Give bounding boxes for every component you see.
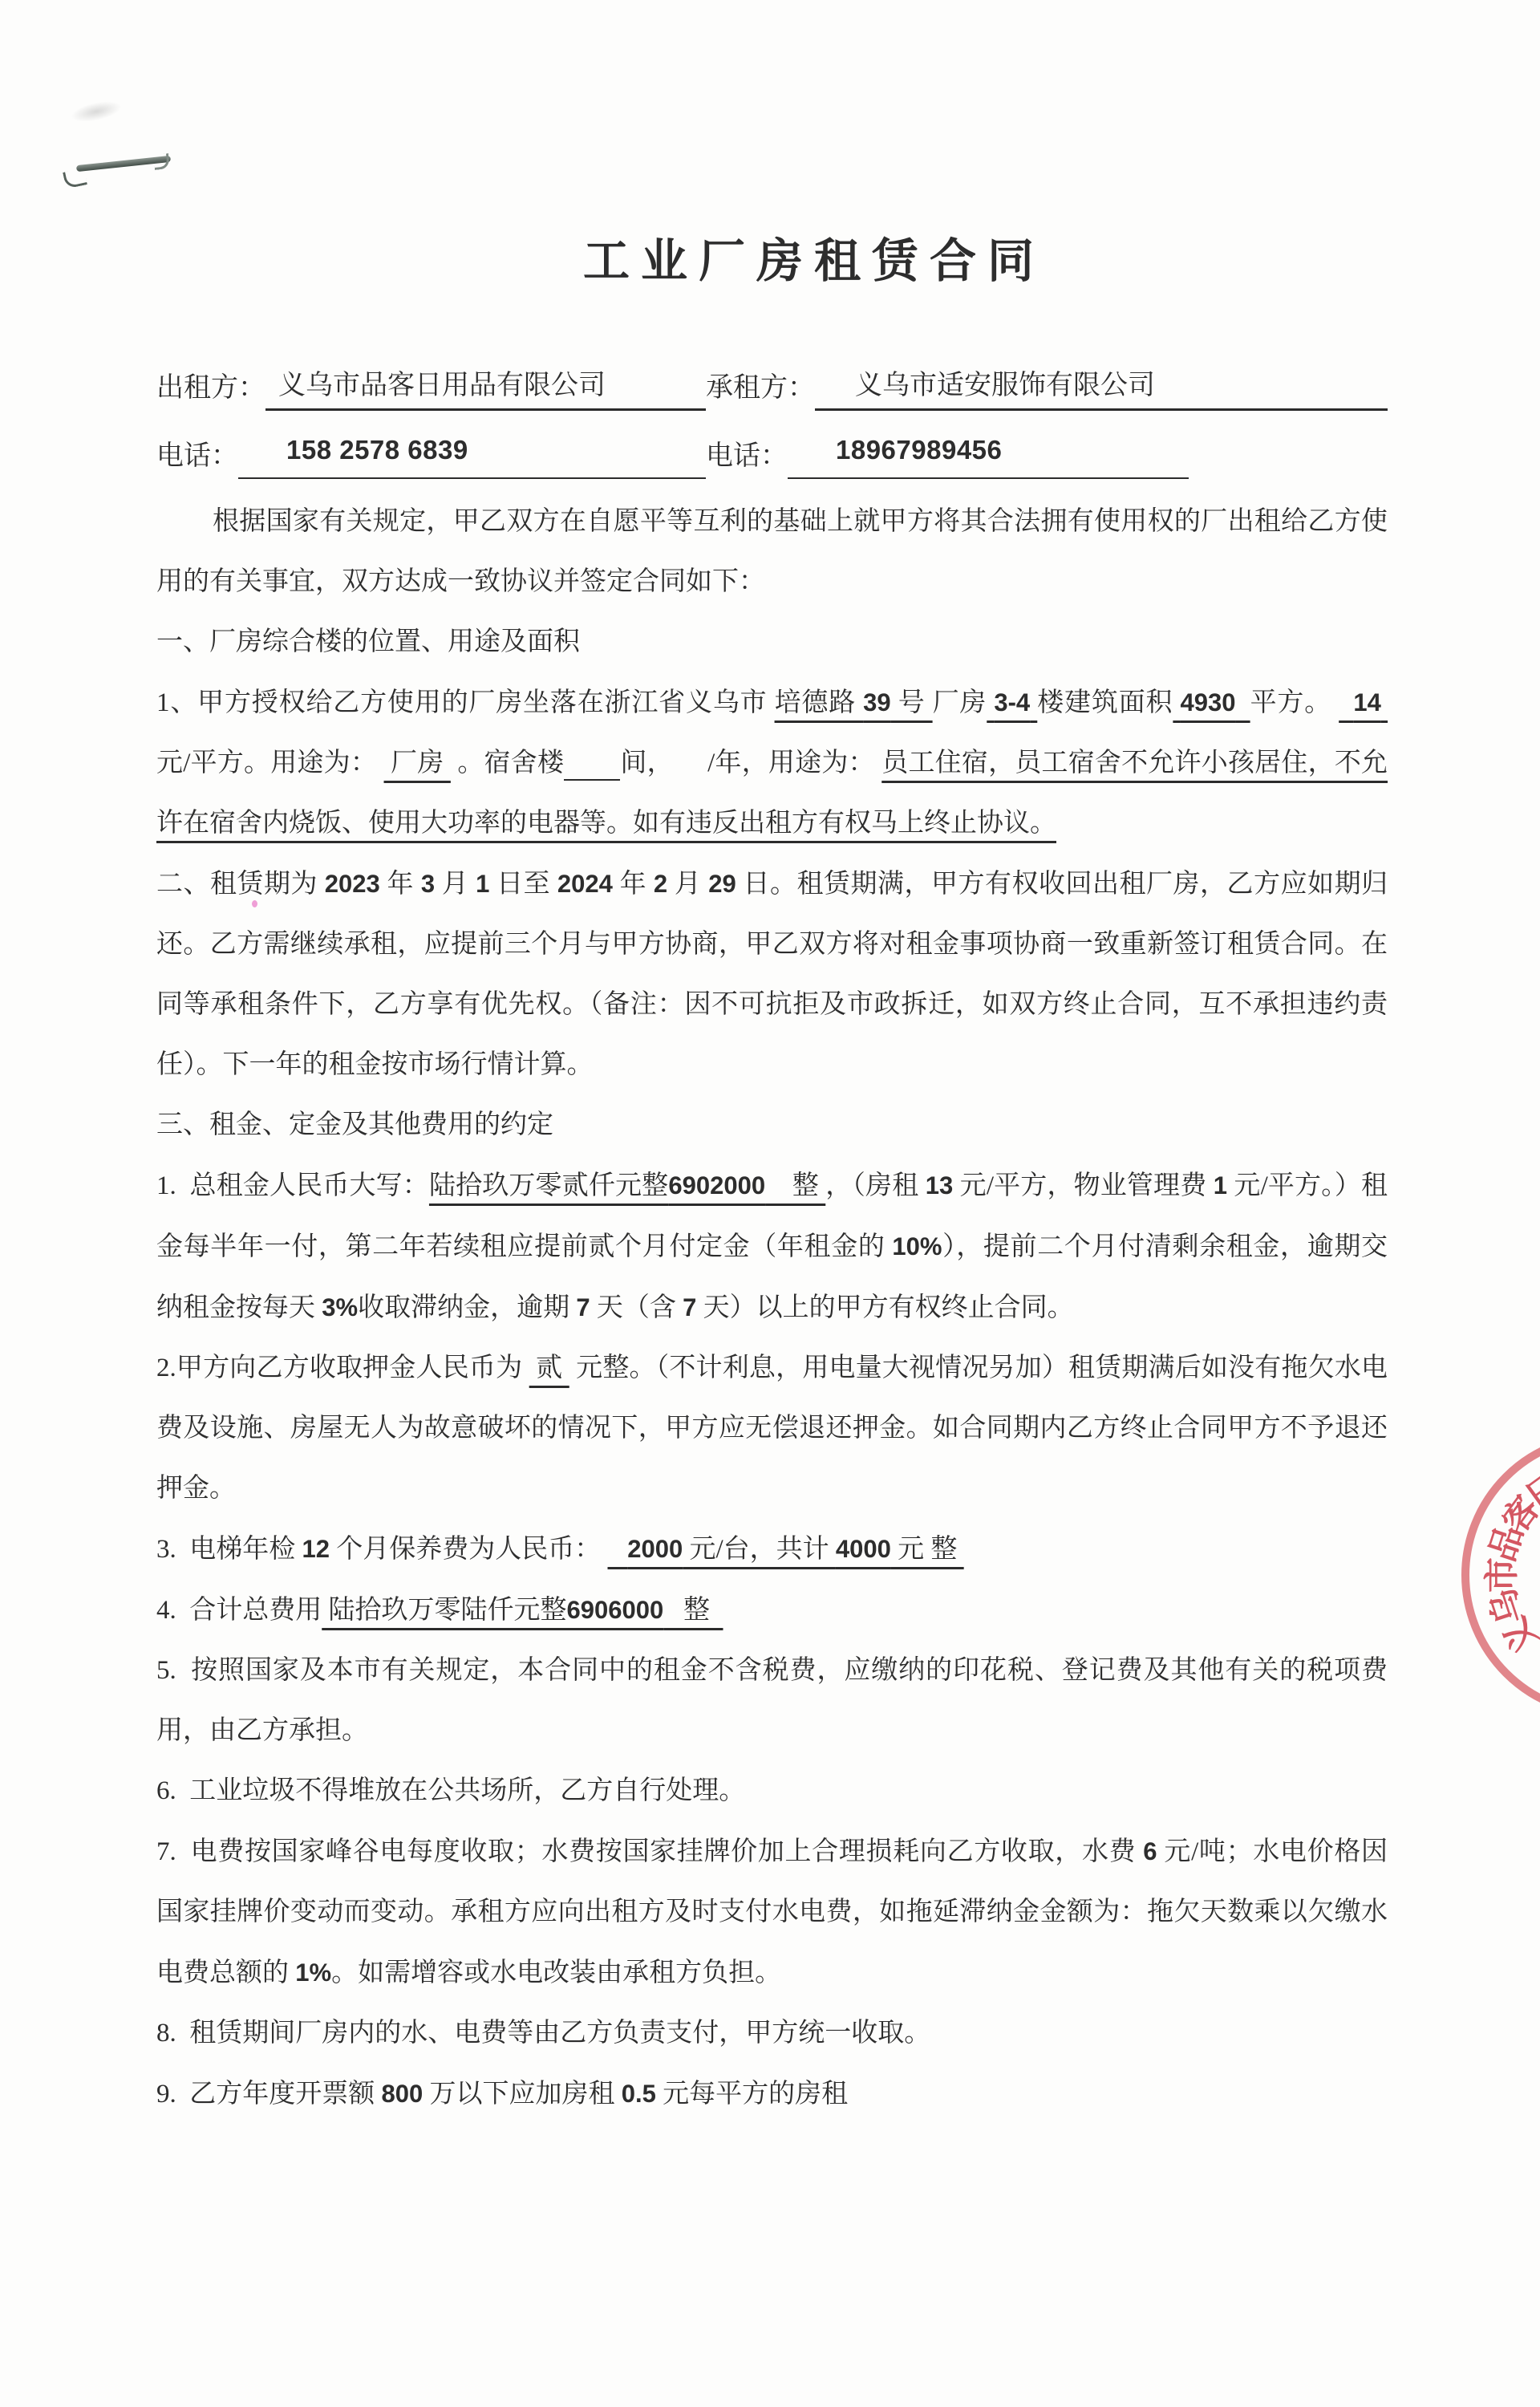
lessee-phone-number: 18967989456 xyxy=(836,435,1002,465)
lessee-phone-label: 电话： xyxy=(706,433,788,479)
heading-section-3: 三、租金、定金及其他费用的约定 xyxy=(156,1095,1388,1155)
lessor-phone-block: 电话： 158 2578 6839 xyxy=(156,433,706,479)
clause-deposit: 2.甲方向乙方收取押金人民币为 贰 元整。（不计利息，用电量大视情况另加）租赁期… xyxy=(156,1338,1388,1519)
lessee-phone-field: 18967989456 xyxy=(788,435,1189,479)
heading-section-1: 一、厂房综合楼的位置、用途及面积 xyxy=(156,612,1388,672)
lessee-label: 承租方： xyxy=(706,365,815,411)
clause-total-cost: 4. 合计总费用 陆拾玖万零陆仟元整6906000 整 xyxy=(156,1580,1388,1641)
clause-waste: 6. 工业垃圾不得堆放在公共场所，乙方自行处理。 xyxy=(156,1761,1388,1821)
lessor-phone-number: 158 2578 6839 xyxy=(286,435,468,465)
staple-hook-right xyxy=(153,153,170,170)
lessor-block: 出租方： 义乌市品客日用品有限公司 xyxy=(156,363,706,411)
clause-taxes: 5. 按照国家及本市有关规定，本合同中的租金不含税费，应缴纳的印花税、登记费及其… xyxy=(156,1641,1388,1761)
clause-elevator-fee: 3. 电梯年检 12 个月保养费为人民币： 2000 元/台，共计 4000 元… xyxy=(156,1519,1388,1580)
parties-row: 出租方： 义乌市品客日用品有限公司 承租方： 义乌市适安服饰有限公司 xyxy=(156,363,1388,411)
paragraph-intro: 根据国家有关规定，甲乙双方在自愿平等互利的基础上就甲方将其合法拥有使用权的厂出租… xyxy=(156,492,1388,612)
clause-utilities: 7. 电费按国家峰谷电每度收取；水费按国家挂牌价加上合理损耗向乙方收取，水费 6… xyxy=(156,1821,1388,2003)
clause-invoice: 9. 乙方年度开票额 800 万以下应加房租 0.5 元每平方的房租 xyxy=(156,2064,1388,2125)
contract-page: 工业厂房租赁合同 出租方： 义乌市品客日用品有限公司 承租方： 义乌市适安服饰有… xyxy=(0,0,1540,2407)
lessor-phone-field: 158 2578 6839 xyxy=(238,435,706,479)
lessor-name: 义乌市品客日用品有限公司 xyxy=(278,371,606,400)
clause-utility-payment: 8. 租赁期间厂房内的水、电费等由乙方负责支付，甲方统一收取。 xyxy=(156,2003,1388,2064)
lessee-block: 承租方： 义乌市适安服饰有限公司 xyxy=(706,363,1388,411)
lessee-phone-block: 电话： 18967989456 xyxy=(706,433,1388,479)
contract-body: 根据国家有关规定，甲乙双方在自愿平等互利的基础上就甲方将其合法拥有使用权的厂出租… xyxy=(156,492,1388,2125)
staple-hook-left xyxy=(63,168,87,189)
contract-title: 工业厂房租赁合同 xyxy=(44,223,1540,290)
scan-smudge xyxy=(69,98,123,126)
lessee-name-field: 义乌市适安服饰有限公司 xyxy=(815,363,1388,411)
clause-lease-term: 二、租赁期为 2023 年 3 月 1 日至 2024 年 2 月 29 日。租… xyxy=(156,854,1388,1095)
phones-row: 电话： 158 2578 6839 电话： 18967989456 xyxy=(156,433,1388,479)
clause-total-rent: 1. 总租金人民币大写：陆拾玖万零贰仟元整6902000 整 ，（房租 13 元… xyxy=(156,1155,1388,1338)
lessor-name-field: 义乌市品客日用品有限公司 xyxy=(265,363,706,411)
lessor-label: 出租方： xyxy=(156,365,265,411)
lessee-name: 义乌市适安服饰有限公司 xyxy=(855,371,1155,400)
lessor-phone-label: 电话： xyxy=(156,433,238,479)
clause-location-area: 1、甲方授权给乙方使用的厂房坐落在浙江省义乌市 培德路 39 号 厂房 3-4 … xyxy=(156,672,1388,854)
